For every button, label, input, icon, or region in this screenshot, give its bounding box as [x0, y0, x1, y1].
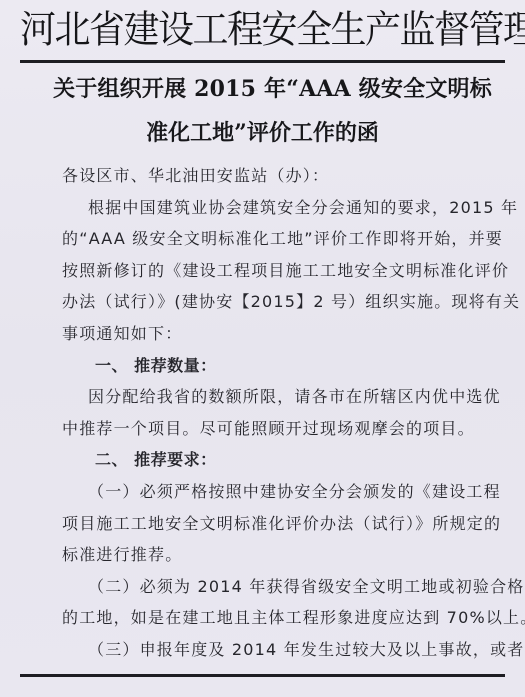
body-line: （二）必须为 2014 年获得省级安全文明工地或初验合格	[62, 571, 494, 603]
body-line: 按照新修订的《建设工程项目施工工地安全文明标准化评价	[62, 255, 494, 287]
body-line: 办法（试行）》(建协安【2015】2 号）组织实施。现将有关	[62, 286, 494, 318]
body-line: 项目施工工地安全文明标准化评价办法（试行）》所规定的	[62, 508, 494, 540]
issuing-organization-header: 河北省建设工程安全生产监督管理办公室	[20, 7, 505, 55]
body-line: 的工地，如是在建工地且主体工程形象进度应达到 70%以上。	[62, 602, 494, 634]
document-page: 河北省建设工程安全生产监督管理办公室 关于组织开展 2015 年“AAA 级安全…	[0, 0, 525, 697]
body-line: 根据中国建筑业协会建筑安全分会通知的要求，2015 年	[62, 192, 494, 224]
section-heading-requirements: 二、 推荐要求：	[62, 444, 494, 476]
section-heading-quantity: 一、 推荐数量：	[62, 350, 494, 382]
salutation: 各设区市、华北油田安监站（办）：	[62, 160, 494, 192]
body-line: 标准进行推荐。	[62, 539, 494, 571]
body-line: （一）必须严格按照中建协安全分会颁发的《建设工程	[62, 476, 494, 508]
body-line: 的“AAA 级安全文明标准化工地”评价工作即将开始，并要	[62, 223, 494, 255]
document-title-line-1: 关于组织开展 2015 年“AAA 级安全文明标	[10, 72, 525, 103]
footer-rule	[20, 674, 505, 677]
document-title-line-2: 准化工地”评价工作的函	[0, 116, 525, 147]
header-rule	[20, 60, 505, 63]
body-line: （三）申报年度及 2014 年发生过较大及以上事故，或者	[62, 634, 494, 666]
body-line: 事项通知如下：	[62, 318, 494, 350]
body-line: 因分配给我省的数额所限，请各市在所辖区内优中选优	[62, 381, 494, 413]
document-body: 各设区市、华北油田安监站（办）： 根据中国建筑业协会建筑安全分会通知的要求，20…	[62, 160, 494, 666]
body-line: 中推荐一个项目。尽可能照顾开过现场观摩会的项目。	[62, 413, 494, 445]
